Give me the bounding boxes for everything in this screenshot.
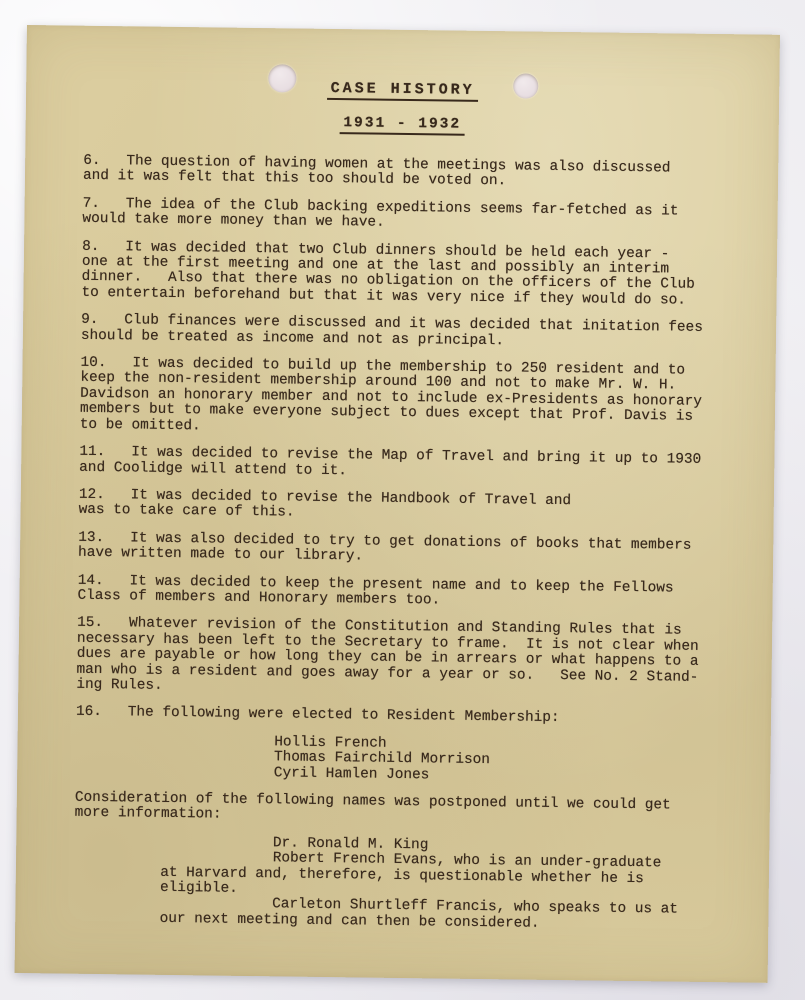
- postponed-names: Dr. Ronald M. King Robert French Evans, …: [73, 834, 739, 935]
- item-15: 15. Whatever revision of the Constitutio…: [76, 616, 742, 702]
- item-9: 9. Club finances were discussed and it w…: [81, 313, 746, 353]
- item-10: 10. It was decided to build up the membe…: [80, 356, 746, 442]
- elected-names: Hollis French Thomas Fairchild Morrison …: [75, 732, 741, 787]
- consideration-note: Consideration of the following names was…: [75, 791, 740, 831]
- document-title: CASE HISTORY: [328, 80, 478, 102]
- document-subtitle: 1931 - 1932: [339, 115, 465, 136]
- document-page: CASE HISTORY 1931 - 1932 6. The question…: [15, 25, 780, 983]
- item-8: 8. It was decided that two Club dinners …: [81, 239, 747, 309]
- item-16: 16. The following were elected to Reside…: [76, 705, 741, 729]
- item-11: 11. It was decided to revise the Map of …: [79, 445, 744, 485]
- item-14: 14. It was decided to keep the present n…: [77, 573, 742, 613]
- document-body: 6. The question of having women at the m…: [15, 130, 778, 935]
- document-header: CASE HISTORY 1931 - 1932: [26, 25, 780, 140]
- item-7: 7. The idea of the Club backing expediti…: [82, 197, 747, 237]
- photo-background: CASE HISTORY 1931 - 1932 6. The question…: [0, 0, 805, 1000]
- item-13: 13. It was also decided to try to get do…: [78, 530, 743, 570]
- item-12: 12. It was decided to revise the Handboo…: [79, 488, 744, 528]
- item-6: 6. The question of having women at the m…: [83, 154, 748, 194]
